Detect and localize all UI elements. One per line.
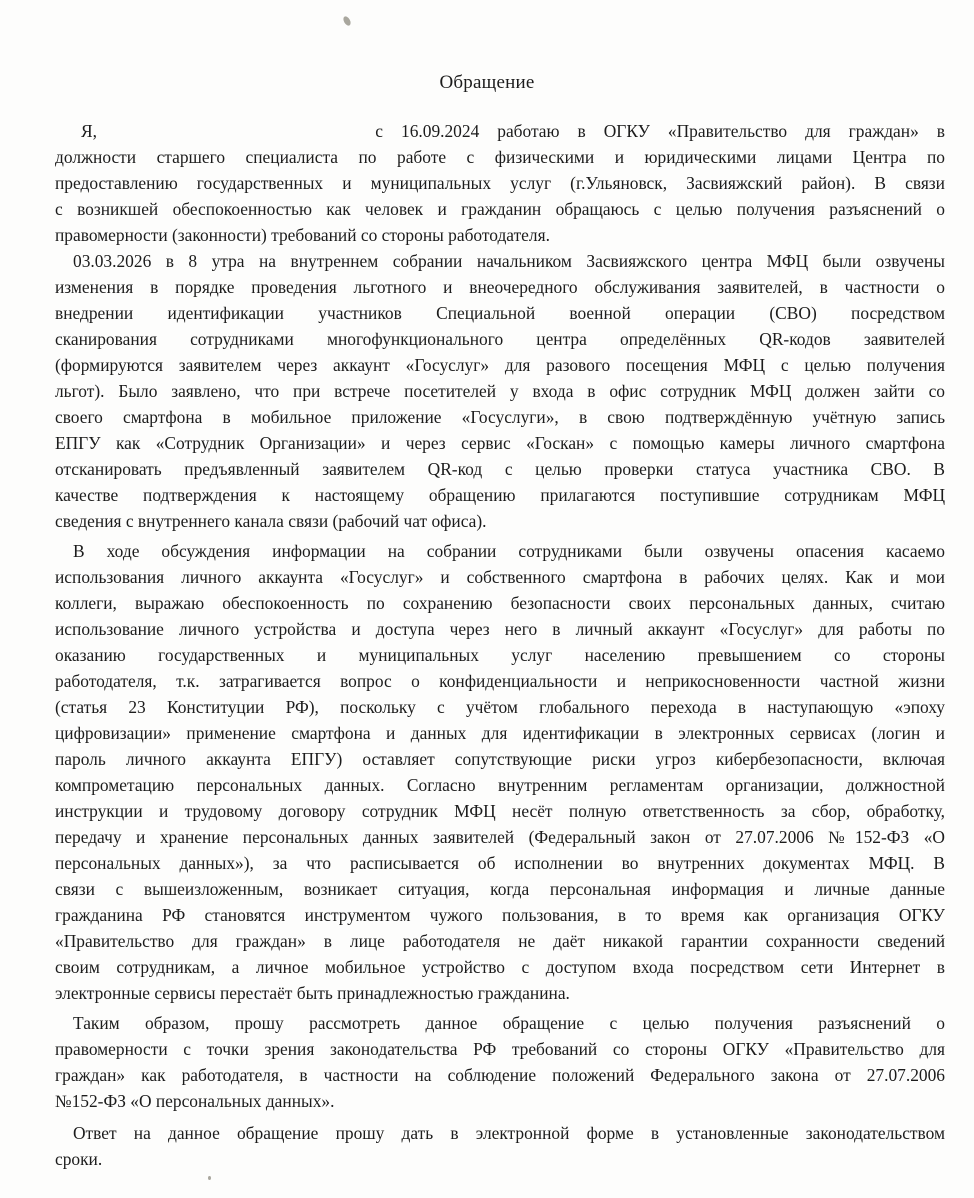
text-line: цифровизации» применение смартфона и дан… bbox=[55, 720, 945, 746]
text-line: граждан» как работодателя, в частности н… bbox=[55, 1062, 945, 1088]
text-line: использование личного устройства и досту… bbox=[55, 616, 945, 642]
text-line: должности старшего специалиста по работе… bbox=[55, 144, 945, 170]
text-line: передачу и хранение персональных данных … bbox=[55, 824, 945, 850]
text-line: Я, с 16.09.2024 работаю в ОГКУ «Правител… bbox=[55, 118, 945, 144]
text-line: компрометацию персональных данных. Согла… bbox=[55, 772, 945, 798]
text-line: (статья 23 Конституции РФ), поскольку с … bbox=[55, 694, 945, 720]
text-line: качестве подтверждения к настоящему обра… bbox=[55, 482, 945, 508]
text-line: электронные сервисы перестаёт быть прина… bbox=[55, 980, 945, 1006]
text-fragment: с 16.09.2024 работаю в ОГКУ «Правительст… bbox=[375, 118, 945, 144]
paragraph-intro: Я, с 16.09.2024 работаю в ОГКУ «Правител… bbox=[55, 118, 945, 248]
text-line: оказанию государственных и муниципальных… bbox=[55, 642, 945, 668]
text-line: (формируются заявителем через аккаунт «Г… bbox=[55, 352, 945, 378]
document-title: Обращение bbox=[0, 72, 974, 94]
paragraph-concerns: В ходе обсуждения информации на собрании… bbox=[55, 538, 945, 1006]
text-line: гражданина РФ становятся инструментом чу… bbox=[55, 902, 945, 928]
text-line: Таким образом, прошу рассмотреть данное … bbox=[55, 1010, 945, 1036]
text-line: сроки. bbox=[55, 1146, 945, 1172]
scanned-page: Обращение Я, с 16.09.2024 работаю в ОГКУ… bbox=[0, 0, 974, 1198]
text-line: предоставлению государственных и муницип… bbox=[55, 170, 945, 196]
text-line: с возникшей обеспокоенностью как человек… bbox=[55, 196, 945, 222]
text-line: сведения с внутреннего канала связи (раб… bbox=[55, 508, 945, 534]
text-line: ЕПГУ как «Сотрудник Организации» и через… bbox=[55, 430, 945, 456]
text-line: 03.03.2026 в 8 утра на внутреннем собран… bbox=[55, 248, 945, 274]
text-line: правомерности с точки зрения законодател… bbox=[55, 1036, 945, 1062]
text-line: своим сотрудникам, а личное мобильное ус… bbox=[55, 954, 945, 980]
text-fragment: Я, bbox=[81, 121, 101, 141]
text-line: отсканировать предъявленный заявителем Q… bbox=[55, 456, 945, 482]
paragraph-response: Ответ на данное обращение прошу дать в э… bbox=[55, 1120, 945, 1172]
text-line: связи с вышеизложенным, возникает ситуац… bbox=[55, 876, 945, 902]
text-line: внедрении идентификации участников Специ… bbox=[55, 300, 945, 326]
paragraph-meeting: 03.03.2026 в 8 утра на внутреннем собран… bbox=[55, 248, 945, 534]
scan-speck bbox=[208, 1176, 211, 1180]
text-line: персональных данных»), за что расписывае… bbox=[55, 850, 945, 876]
text-line: работодателя, т.к. затрагивается вопрос … bbox=[55, 668, 945, 694]
text-line: льгот). Было заявлено, что при встрече п… bbox=[55, 378, 945, 404]
text-line: сканирования сотрудниками многофункциона… bbox=[55, 326, 945, 352]
text-line: инструкции и трудовому договору сотрудни… bbox=[55, 798, 945, 824]
text-line: правомерности (законности) требований со… bbox=[55, 222, 945, 248]
text-line: изменения в порядке проведения льготного… bbox=[55, 274, 945, 300]
text-line: пароль личного аккаунта ЕПГУ) оставляет … bbox=[55, 746, 945, 772]
paragraph-request: Таким образом, прошу рассмотреть данное … bbox=[55, 1010, 945, 1114]
text-line: своего смартфона в мобильное приложение … bbox=[55, 404, 945, 430]
document-body: Я, с 16.09.2024 работаю в ОГКУ «Правител… bbox=[55, 118, 945, 1172]
text-line: использования личного аккаунта «Госуслуг… bbox=[55, 564, 945, 590]
text-line: №152-ФЗ «О персональных данных». bbox=[55, 1088, 945, 1114]
text-line: Ответ на данное обращение прошу дать в э… bbox=[55, 1120, 945, 1146]
redacted-name bbox=[101, 124, 369, 142]
scan-speck bbox=[342, 15, 352, 27]
text-line: «Правительство для граждан» в лице работ… bbox=[55, 928, 945, 954]
text-line: коллеги, выражаю обеспокоенность по сохр… bbox=[55, 590, 945, 616]
text-line: В ходе обсуждения информации на собрании… bbox=[55, 538, 945, 564]
